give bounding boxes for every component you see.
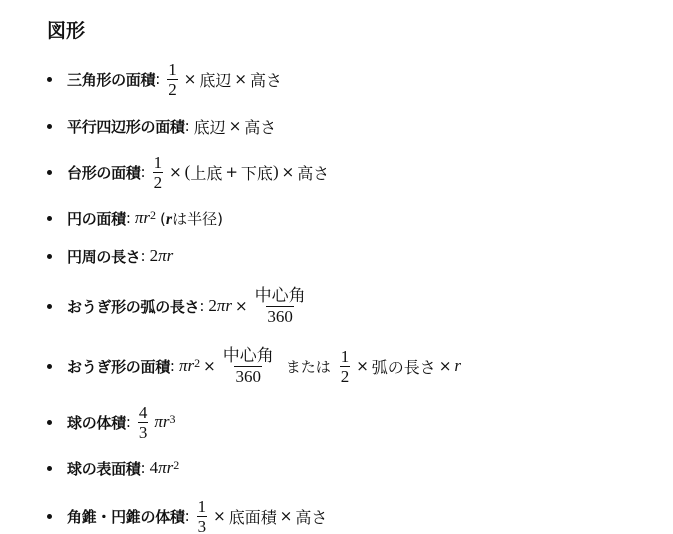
colon: : [155, 70, 160, 88]
list-item-sector-arc-length: おうぎ形の弧の長さ: 2πr × 中心角360 [44, 286, 310, 326]
section-heading: 図形 [47, 17, 85, 45]
colon: : [141, 163, 146, 181]
fraction: 13 [197, 497, 208, 534]
bullet-icon [47, 466, 52, 471]
formula-label: 角錐・円錐の体積 [67, 506, 185, 527]
colon: : [199, 297, 204, 315]
colon: : [141, 459, 146, 477]
formula: 12 × ( 上底 + 下底 ) × 高さ [150, 153, 330, 192]
bullet-icon [47, 124, 52, 129]
list-item-parallelogram-area: 平行四辺形の面積: 底辺 × 高さ [44, 114, 276, 138]
fraction: 中心角360 [222, 347, 275, 386]
formula-label: 平行四辺形の面積 [67, 116, 185, 137]
formula-label: 円周の長さ [67, 246, 141, 267]
formula-label: 三角形の面積 [67, 69, 155, 90]
formula: 底辺 × 高さ [194, 115, 277, 138]
colon: : [185, 507, 190, 525]
bullet-icon [47, 364, 52, 369]
colon: : [126, 413, 131, 431]
list-item-sphere-volume: 球の体積: 43 πr3 [44, 403, 176, 441]
bullet-icon [47, 77, 52, 82]
formula-label: 台形の面積 [67, 162, 141, 183]
formula-label: おうぎ形の弧の長さ [67, 296, 199, 317]
formula: 2πr × 中心角360 [208, 287, 309, 326]
radius-note: (rは半径) [160, 208, 223, 229]
formula: 12 × 底辺 × 高さ [164, 60, 282, 99]
fraction: 12 [340, 347, 351, 386]
formula: 4πr2 [150, 458, 180, 478]
list-item-cone-volume: 角錐・円錐の体積: 13 × 底面積 × 高さ [44, 497, 327, 534]
colon: : [170, 357, 175, 375]
formula-label: 球の表面積 [67, 458, 141, 479]
list-item-circle-area: 円の面積: πr2 (rは半径) [44, 206, 223, 230]
list-item-sector-area: おうぎ形の面積: πr2 × 中心角360 または 12 × 弧の長さ × r [44, 346, 461, 386]
colon: : [141, 247, 146, 265]
fraction: 中心角360 [254, 287, 307, 326]
formula: 13 × 底面積 × 高さ [194, 497, 328, 534]
formula: 43 πr3 [135, 403, 176, 442]
bullet-icon [47, 304, 52, 309]
formula: πr2 × 中心角360 または 12 × 弧の長さ × r [179, 347, 461, 386]
fraction: 12 [167, 60, 178, 99]
formula: πr2 (rは半径) [135, 208, 223, 229]
bullet-icon [47, 254, 52, 259]
colon: : [185, 117, 190, 135]
bullet-icon [47, 420, 52, 425]
bullet-icon [47, 514, 52, 519]
fraction: 12 [153, 153, 164, 192]
list-item-trapezoid-area: 台形の面積: 12 × ( 上底 + 下底 ) × 高さ [44, 153, 329, 191]
colon: : [126, 209, 131, 227]
formula: 2πr [150, 246, 174, 266]
list-item-sphere-surface-area: 球の表面積: 4πr2 [44, 456, 179, 480]
bullet-icon [47, 216, 52, 221]
list-item-circumference: 円周の長さ: 2πr [44, 244, 173, 268]
fraction: 43 [138, 403, 149, 442]
list-item-triangle-area: 三角形の面積: 12 × 底辺 × 高さ [44, 60, 282, 98]
bullet-icon [47, 170, 52, 175]
formula-label: おうぎ形の面積 [67, 356, 170, 377]
formula-label: 円の面積 [67, 208, 126, 229]
formula-label: 球の体積 [67, 412, 126, 433]
